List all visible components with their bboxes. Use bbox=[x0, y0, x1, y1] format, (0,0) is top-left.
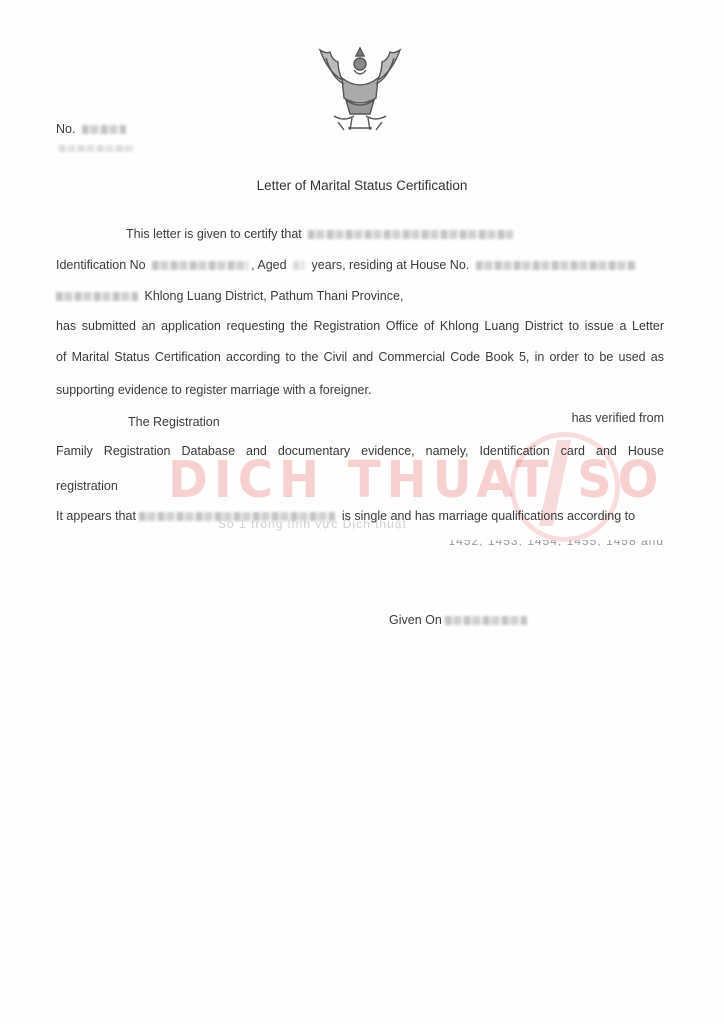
watermark-text: DICH THUAT SO bbox=[168, 451, 664, 510]
redacted-reference-date bbox=[56, 140, 138, 158]
redacted-address bbox=[476, 261, 636, 270]
redacted-age bbox=[293, 261, 305, 270]
body-line-4: has submitted an application requesting … bbox=[56, 319, 664, 333]
verified-from-text: has verified from bbox=[572, 411, 664, 425]
redacted-name bbox=[308, 230, 513, 239]
redacted-applicant-name bbox=[139, 512, 335, 521]
body-line-8: Family Registration Database and documen… bbox=[56, 444, 664, 458]
appears-line: It appears that is single and has marria… bbox=[56, 509, 635, 523]
body-line-6: supporting evidence to register marriage… bbox=[56, 383, 371, 397]
redacted-reference bbox=[82, 125, 126, 134]
certify-line: This letter is given to certify that bbox=[126, 227, 516, 241]
redacted-date bbox=[445, 616, 527, 625]
given-on-line: Given On bbox=[389, 613, 530, 627]
document-title: Letter of Marital Status Certification bbox=[0, 178, 724, 193]
identification-line: Identification No , Aged years, residing… bbox=[56, 258, 639, 272]
reference-label: No. bbox=[56, 122, 75, 136]
body-line-5: of Marital Status Certification accordin… bbox=[56, 350, 664, 364]
redacted-id-number bbox=[152, 261, 248, 270]
body-line-9: registration bbox=[56, 479, 118, 493]
garuda-emblem-icon bbox=[312, 38, 408, 138]
reference-number: No. bbox=[56, 122, 129, 136]
redacted-subdistrict bbox=[56, 292, 138, 301]
district-line: Khlong Luang District, Pathum Thani Prov… bbox=[56, 289, 403, 303]
document-page: No. Letter of Marital Status Certificati… bbox=[0, 0, 724, 1024]
truncated-line: 1452, 1453, 1454, 1455, 1458 and bbox=[56, 540, 664, 546]
registration-label: The Registration bbox=[128, 415, 220, 429]
